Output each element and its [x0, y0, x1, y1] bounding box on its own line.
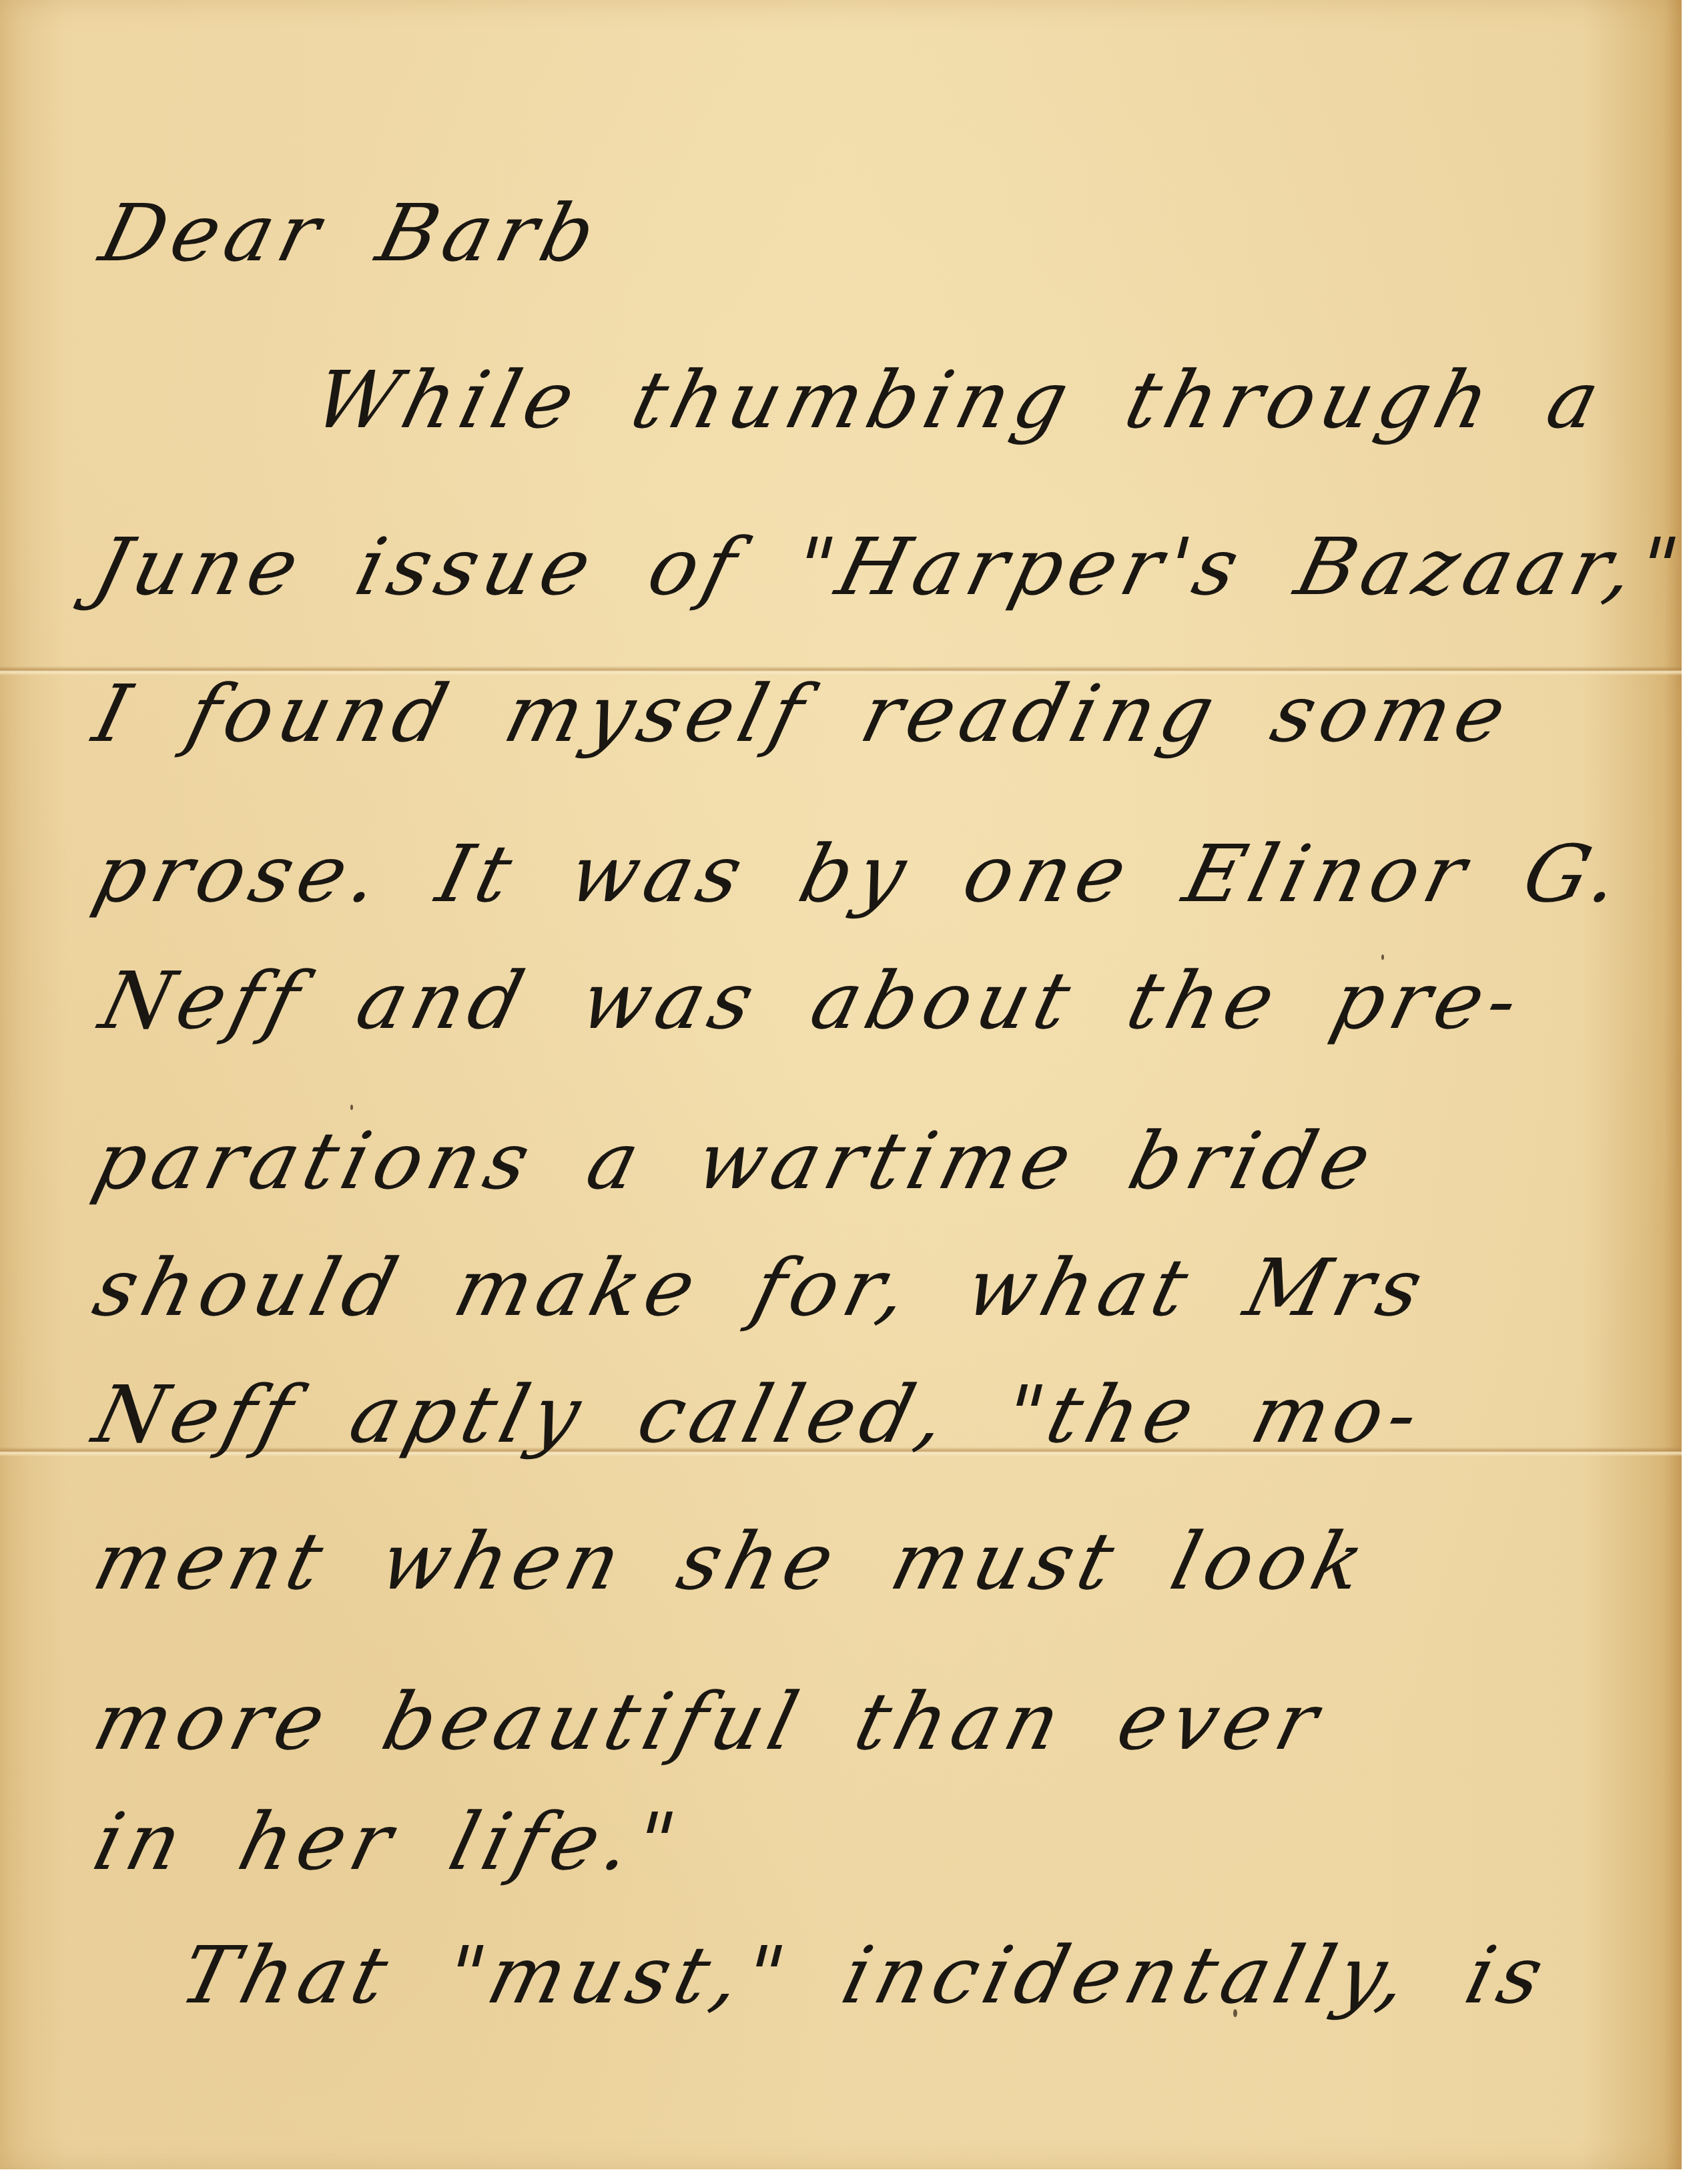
letter-line-12: That "must," incidentally, is	[174, 1936, 1557, 2014]
letter-line-10: more beautiful than ever	[87, 1682, 1332, 1761]
letter-line-7: should make for, what Mrs	[87, 1248, 1436, 1327]
letter-line-2: June issue of "Harper's Bazaar,"	[87, 527, 1692, 606]
handwritten-letter: Dear Barb While thumbing through a June …	[0, 0, 1682, 2169]
letter-line-1: While thumbing through a	[307, 360, 1613, 439]
letter-line-6: parations a wartime bride	[87, 1121, 1385, 1200]
letter-line-5: Neff and was about the pre-	[93, 961, 1532, 1040]
letter-line-8: Neff aptly called, "the mo-	[87, 1375, 1433, 1454]
salutation: Dear Barb	[93, 194, 609, 272]
letter-line-9: ment when she must look	[87, 1522, 1378, 1601]
letter-line-11: in her life."	[87, 1802, 689, 1881]
letter-line-3: I found myself reading some	[87, 674, 1519, 753]
letter-line-4: prose. It was by one Elinor G.	[87, 834, 1634, 913]
